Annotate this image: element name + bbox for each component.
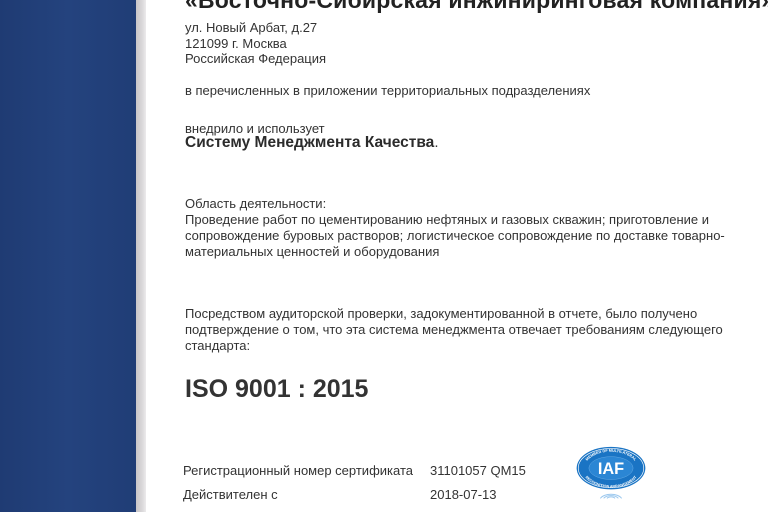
address-street: ул. Новый Арбат, д.27 <box>185 20 317 36</box>
audit-statement-line: стандарта: <box>185 338 250 354</box>
iaf-logo-icon: IAF MEMBER OF MULTILATERAL RECOGNITION A… <box>568 446 654 500</box>
detail-value: 2018-07-13 <box>430 487 497 502</box>
subdivisions-note: в перечисленных в приложении территориал… <box>185 83 590 99</box>
audit-statement-line: Посредством аудиторской проверки, задоку… <box>185 306 697 322</box>
band-edge <box>136 0 146 512</box>
scope-line: сопровождение буровых растворов; логисти… <box>185 228 725 244</box>
decorative-blue-band <box>0 0 136 512</box>
detail-label: Действителен с <box>183 487 278 502</box>
address-city: 121099 г. Москва <box>185 36 287 52</box>
system-name-suffix: . <box>434 134 438 151</box>
company-name: «Восточно-Сибирская инжиниринговая компа… <box>185 0 768 14</box>
svg-text:IAF: IAF <box>598 460 624 478</box>
system-name-line: Систему Менеджмента Качества. <box>185 134 438 152</box>
detail-label: Регистрационный номер сертификата <box>183 463 413 478</box>
audit-statement-line: подтверждение о том, что эта система мен… <box>185 322 723 338</box>
scope-line: Проведение работ по цементированию нефтя… <box>185 212 709 228</box>
scope-line: материальных ценностей и оборудования <box>185 244 439 260</box>
standard-name: ISO 9001 : 2015 <box>185 375 368 404</box>
detail-value: 31101057 QM15 <box>430 463 526 478</box>
system-name: Систему Менеджмента Качества <box>185 134 434 151</box>
address-country: Российская Федерация <box>185 51 326 67</box>
scope-label: Область деятельности: <box>185 196 326 212</box>
